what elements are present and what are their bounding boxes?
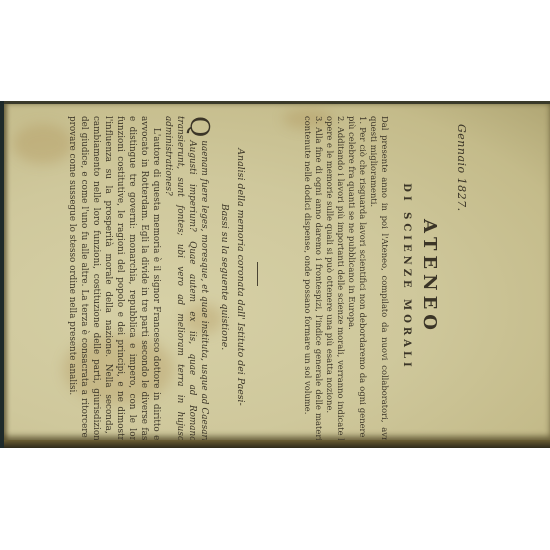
intro-line: 3. Alla fine di ogni anno daremo i front…	[302, 116, 324, 446]
running-head-date: Gennaio 1827.	[455, 124, 468, 212]
intro-line: 1. Per ciò che risguarda lavori scientif…	[346, 116, 368, 446]
question-paragraph: Quaenam fuere leges, moresque, et quae i…	[162, 116, 210, 446]
question-text: uaenam fuere leges, moresque, et quae in…	[163, 116, 209, 446]
dropcap: Q	[188, 116, 210, 137]
book-spine-edge	[0, 101, 4, 448]
body-paragraph: L'autore di questa memoria è il signor F…	[66, 116, 162, 446]
intro-notice: Dal presente anno in poi l'Ateneo, compi…	[302, 116, 390, 446]
paper-sheet: Gennaio 1827. ATENEO DI SCIENZE MORALI D…	[3, 104, 550, 442]
page-title: ATENEO	[419, 112, 440, 442]
article-heading: Analisi della memoria coronata dall' Ist…	[235, 112, 246, 442]
page-subtitle: DI SCIENZE MORALI	[401, 112, 412, 442]
article-subheading: Bassi su la seguente quistione.	[219, 112, 230, 442]
rotated-page-content: Gennaio 1827. ATENEO DI SCIENZE MORALI D…	[8, 112, 468, 448]
book-page-photo: Gennaio 1827. ATENEO DI SCIENZE MORALI D…	[0, 101, 550, 448]
book-bottom-edge	[0, 440, 550, 448]
section-divider	[257, 262, 258, 286]
article-body: Quaenam fuere leges, moresque, et quae i…	[66, 116, 210, 446]
intro-line: 2. Additando i lavori più importanti del…	[324, 116, 346, 446]
intro-line: Dal presente anno in poi l'Ateneo, compi…	[368, 116, 390, 446]
